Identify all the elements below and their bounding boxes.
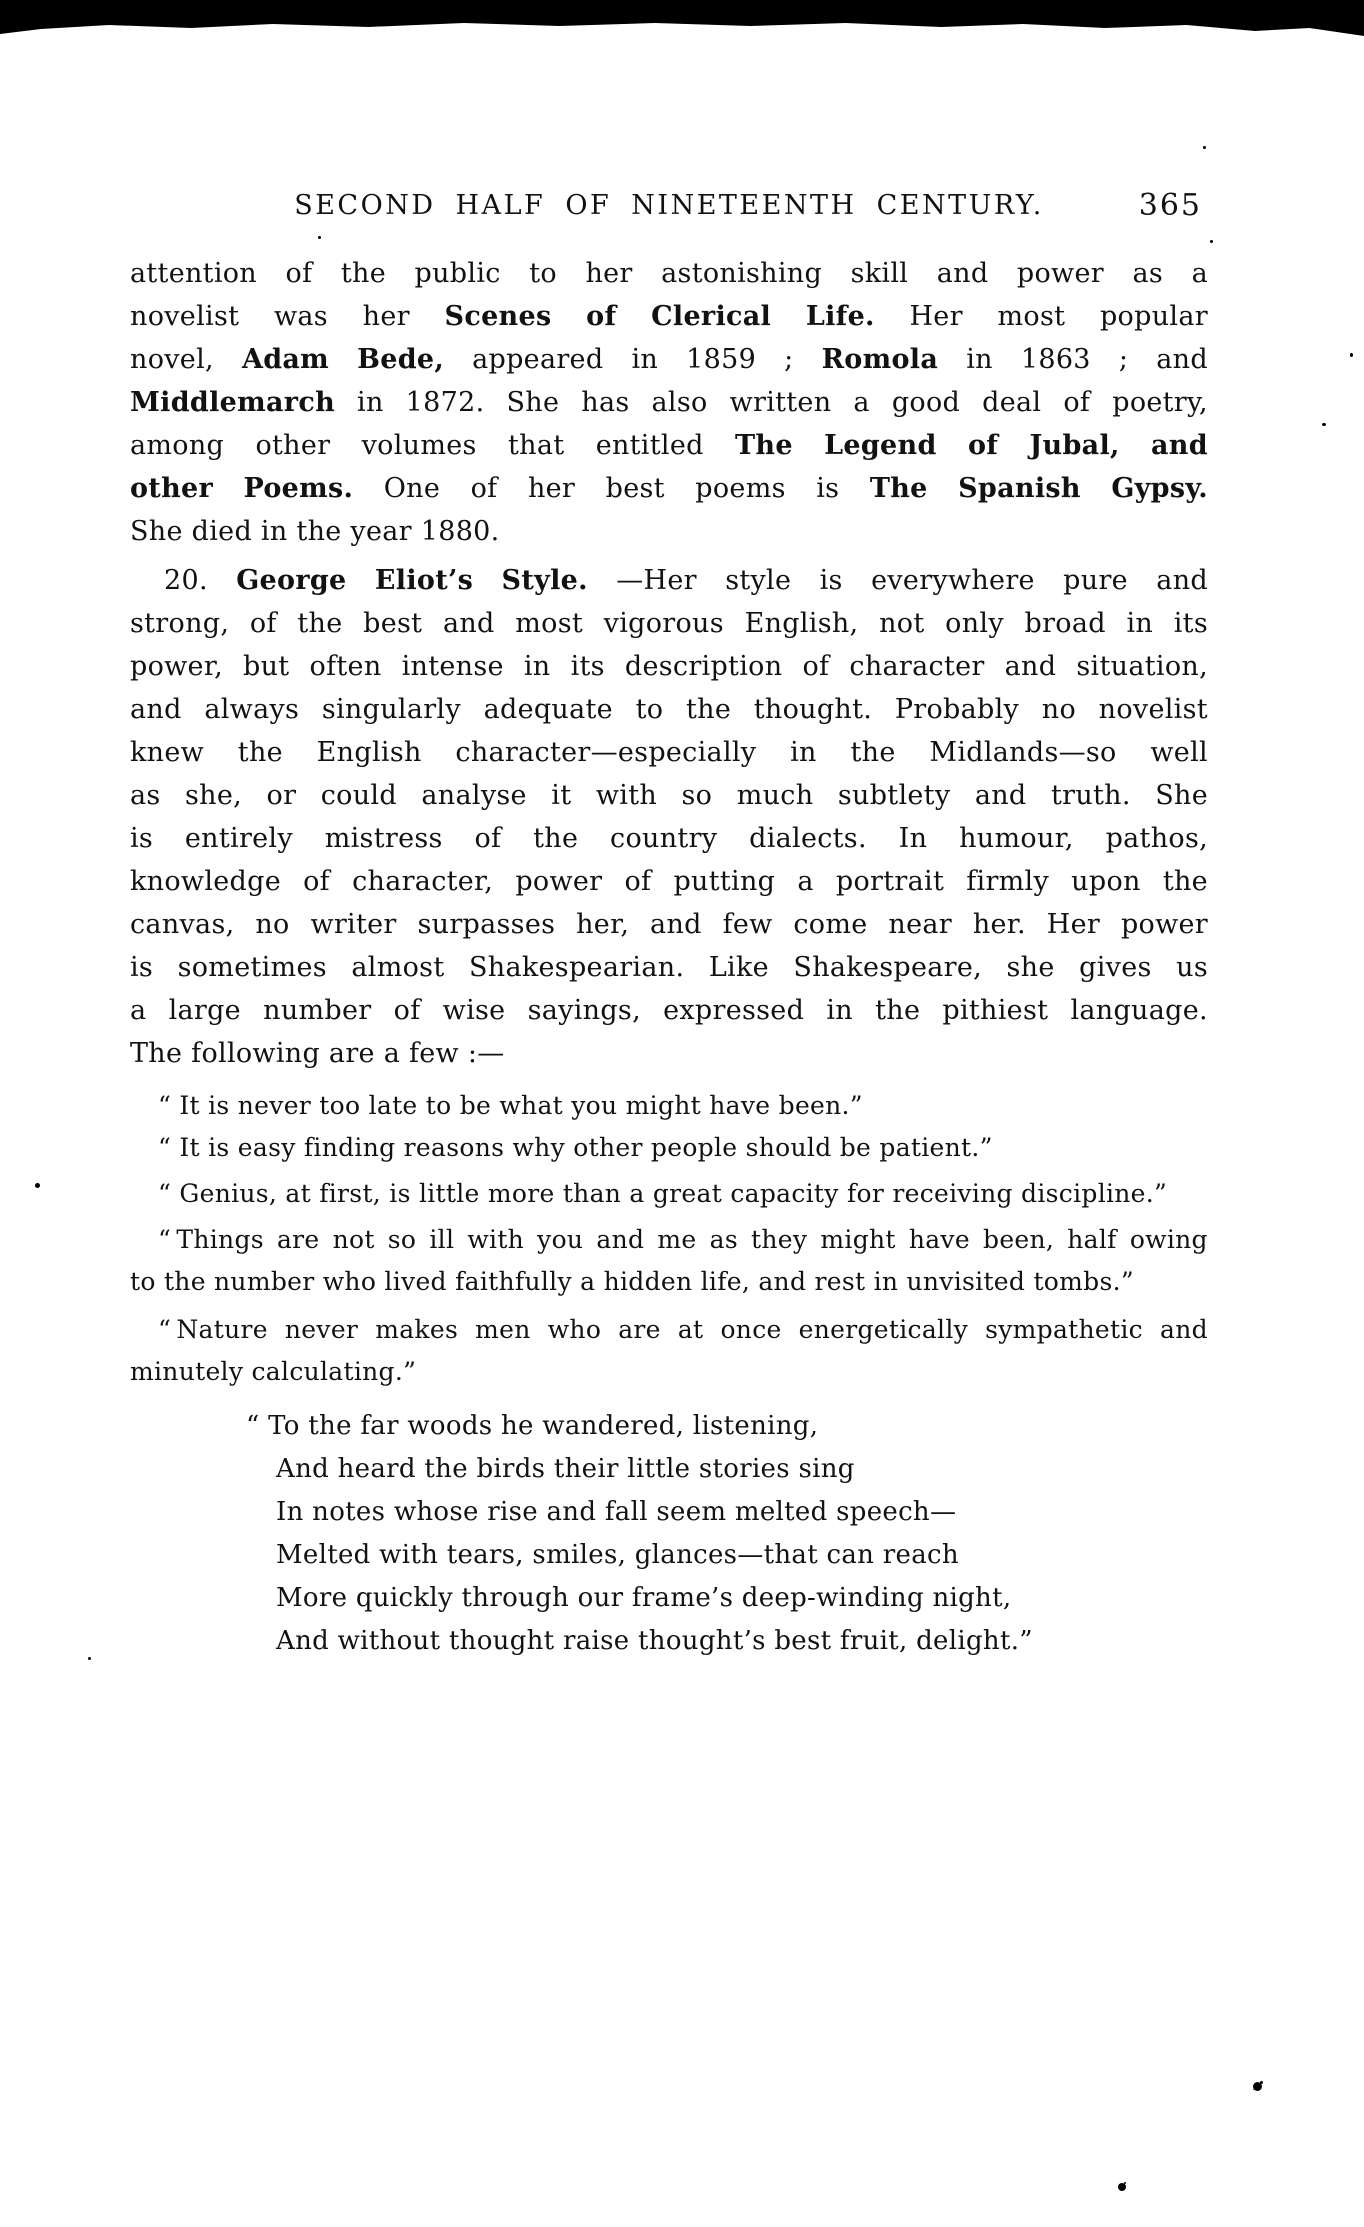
- ink-speck: [1253, 2082, 1262, 2091]
- text-line: asshe,orcouldanalyseitwithsomuchsubtlety…: [130, 774, 1208, 817]
- text-line: canvas,nowritersurpassesher,andfewcomene…: [130, 903, 1208, 946]
- text-line: Melted with tears, smiles, glances—that …: [276, 1534, 1208, 1577]
- text-line: andalwayssingularlyadequatetothethought.…: [130, 688, 1208, 731]
- text-line: “ Genius, at first, is little more than …: [130, 1173, 1208, 1215]
- quotation-2: “ It is easy finding reasons why other p…: [130, 1127, 1208, 1169]
- paragraph-george-eliot-works: attentionofthepublictoherastonishingskil…: [130, 252, 1208, 553]
- text-line: And heard the birds their little stories…: [276, 1448, 1208, 1491]
- quotation-3: “ Genius, at first, is little more than …: [130, 1173, 1208, 1215]
- text-line: issometimesalmostShakespearian.LikeShake…: [130, 946, 1208, 989]
- ink-speck: [88, 1657, 91, 1660]
- quotation-4: “ Thingsarenotsoillwithyouandmeastheymig…: [130, 1219, 1208, 1303]
- text-line: More quickly through our frame’s deep-wi…: [276, 1577, 1208, 1620]
- text-line: 20.GeorgeEliot’sStyle.—Herstyleiseverywh…: [130, 559, 1208, 602]
- text-line: She died in the year 1880.: [130, 510, 1208, 553]
- text-line: Middlemarchin1872.Shehasalsowrittenagood…: [130, 381, 1208, 424]
- text-line: novel,AdamBede,appearedin1859;Romolain18…: [130, 338, 1208, 381]
- text-line: In notes whose rise and fall seem melted…: [276, 1491, 1208, 1534]
- text-line: minutely calculating.”: [130, 1351, 1208, 1393]
- text-line: “ Naturenevermakesmenwhoareatonceenerget…: [130, 1309, 1208, 1351]
- running-head-title: SECOND HALF OF NINETEENTH CENTURY.: [294, 190, 1044, 221]
- text-line: to the number who lived faithfully a hid…: [130, 1261, 1208, 1303]
- book-page-scan: SECOND HALF OF NINETEENTH CENTURY. 365 a…: [0, 0, 1364, 2227]
- text-line: alargenumberofwisesayings,expressedinthe…: [130, 989, 1208, 1032]
- text-line: amongothervolumesthatentitledTheLegendof…: [130, 424, 1208, 467]
- text-line: power,butoftenintenseinitsdescriptionofc…: [130, 645, 1208, 688]
- verse-quotation: “ To the far woods he wandered, listenin…: [130, 1405, 1208, 1663]
- torn-paper-edge: [0, 0, 1364, 42]
- text-line: The following are a few :—: [130, 1032, 1208, 1075]
- text-line: “ It is easy finding reasons why other p…: [130, 1127, 1208, 1169]
- text-line: attentionofthepublictoherastonishingskil…: [130, 252, 1208, 295]
- text-line: “ It is never too late to be what you mi…: [130, 1085, 1208, 1127]
- ink-speck: [1203, 146, 1206, 149]
- page-number: 365: [1139, 186, 1202, 226]
- ink-speck: [1118, 2183, 1126, 2191]
- text-line: otherPoems.OneofherbestpoemsisTheSpanish…: [130, 467, 1208, 510]
- text-line: novelistwasherScenesofClericalLife.Hermo…: [130, 295, 1208, 338]
- page-text-body: attentionofthepublictoherastonishingskil…: [130, 252, 1208, 1663]
- ink-speck: [35, 1183, 40, 1188]
- text-line: “ Thingsarenotsoillwithyouandmeastheymig…: [130, 1219, 1208, 1261]
- text-line: “ To the far woods he wandered, listenin…: [276, 1405, 1208, 1448]
- ink-speck: [318, 236, 321, 239]
- quotation-1: “ It is never too late to be what you mi…: [130, 1085, 1208, 1127]
- text-line: strong,ofthebestandmostvigorousEnglish,n…: [130, 602, 1208, 645]
- text-line: knowledgeofcharacter,powerofputtingaport…: [130, 860, 1208, 903]
- section-20-george-eliots-style: 20.GeorgeEliot’sStyle.—Herstyleiseverywh…: [130, 559, 1208, 1075]
- ink-speck: [1322, 423, 1326, 426]
- running-head: SECOND HALF OF NINETEENTH CENTURY. 365: [130, 186, 1208, 226]
- quotation-5: “ Naturenevermakesmenwhoareatonceenerget…: [130, 1309, 1208, 1393]
- text-line: isentirelymistressofthecountrydialects.I…: [130, 817, 1208, 860]
- text-line: And without thought raise thought’s best…: [276, 1620, 1208, 1663]
- ink-speck: [1210, 240, 1213, 243]
- ink-speck: [1350, 353, 1353, 357]
- text-line: knewtheEnglishcharacter—especiallyintheM…: [130, 731, 1208, 774]
